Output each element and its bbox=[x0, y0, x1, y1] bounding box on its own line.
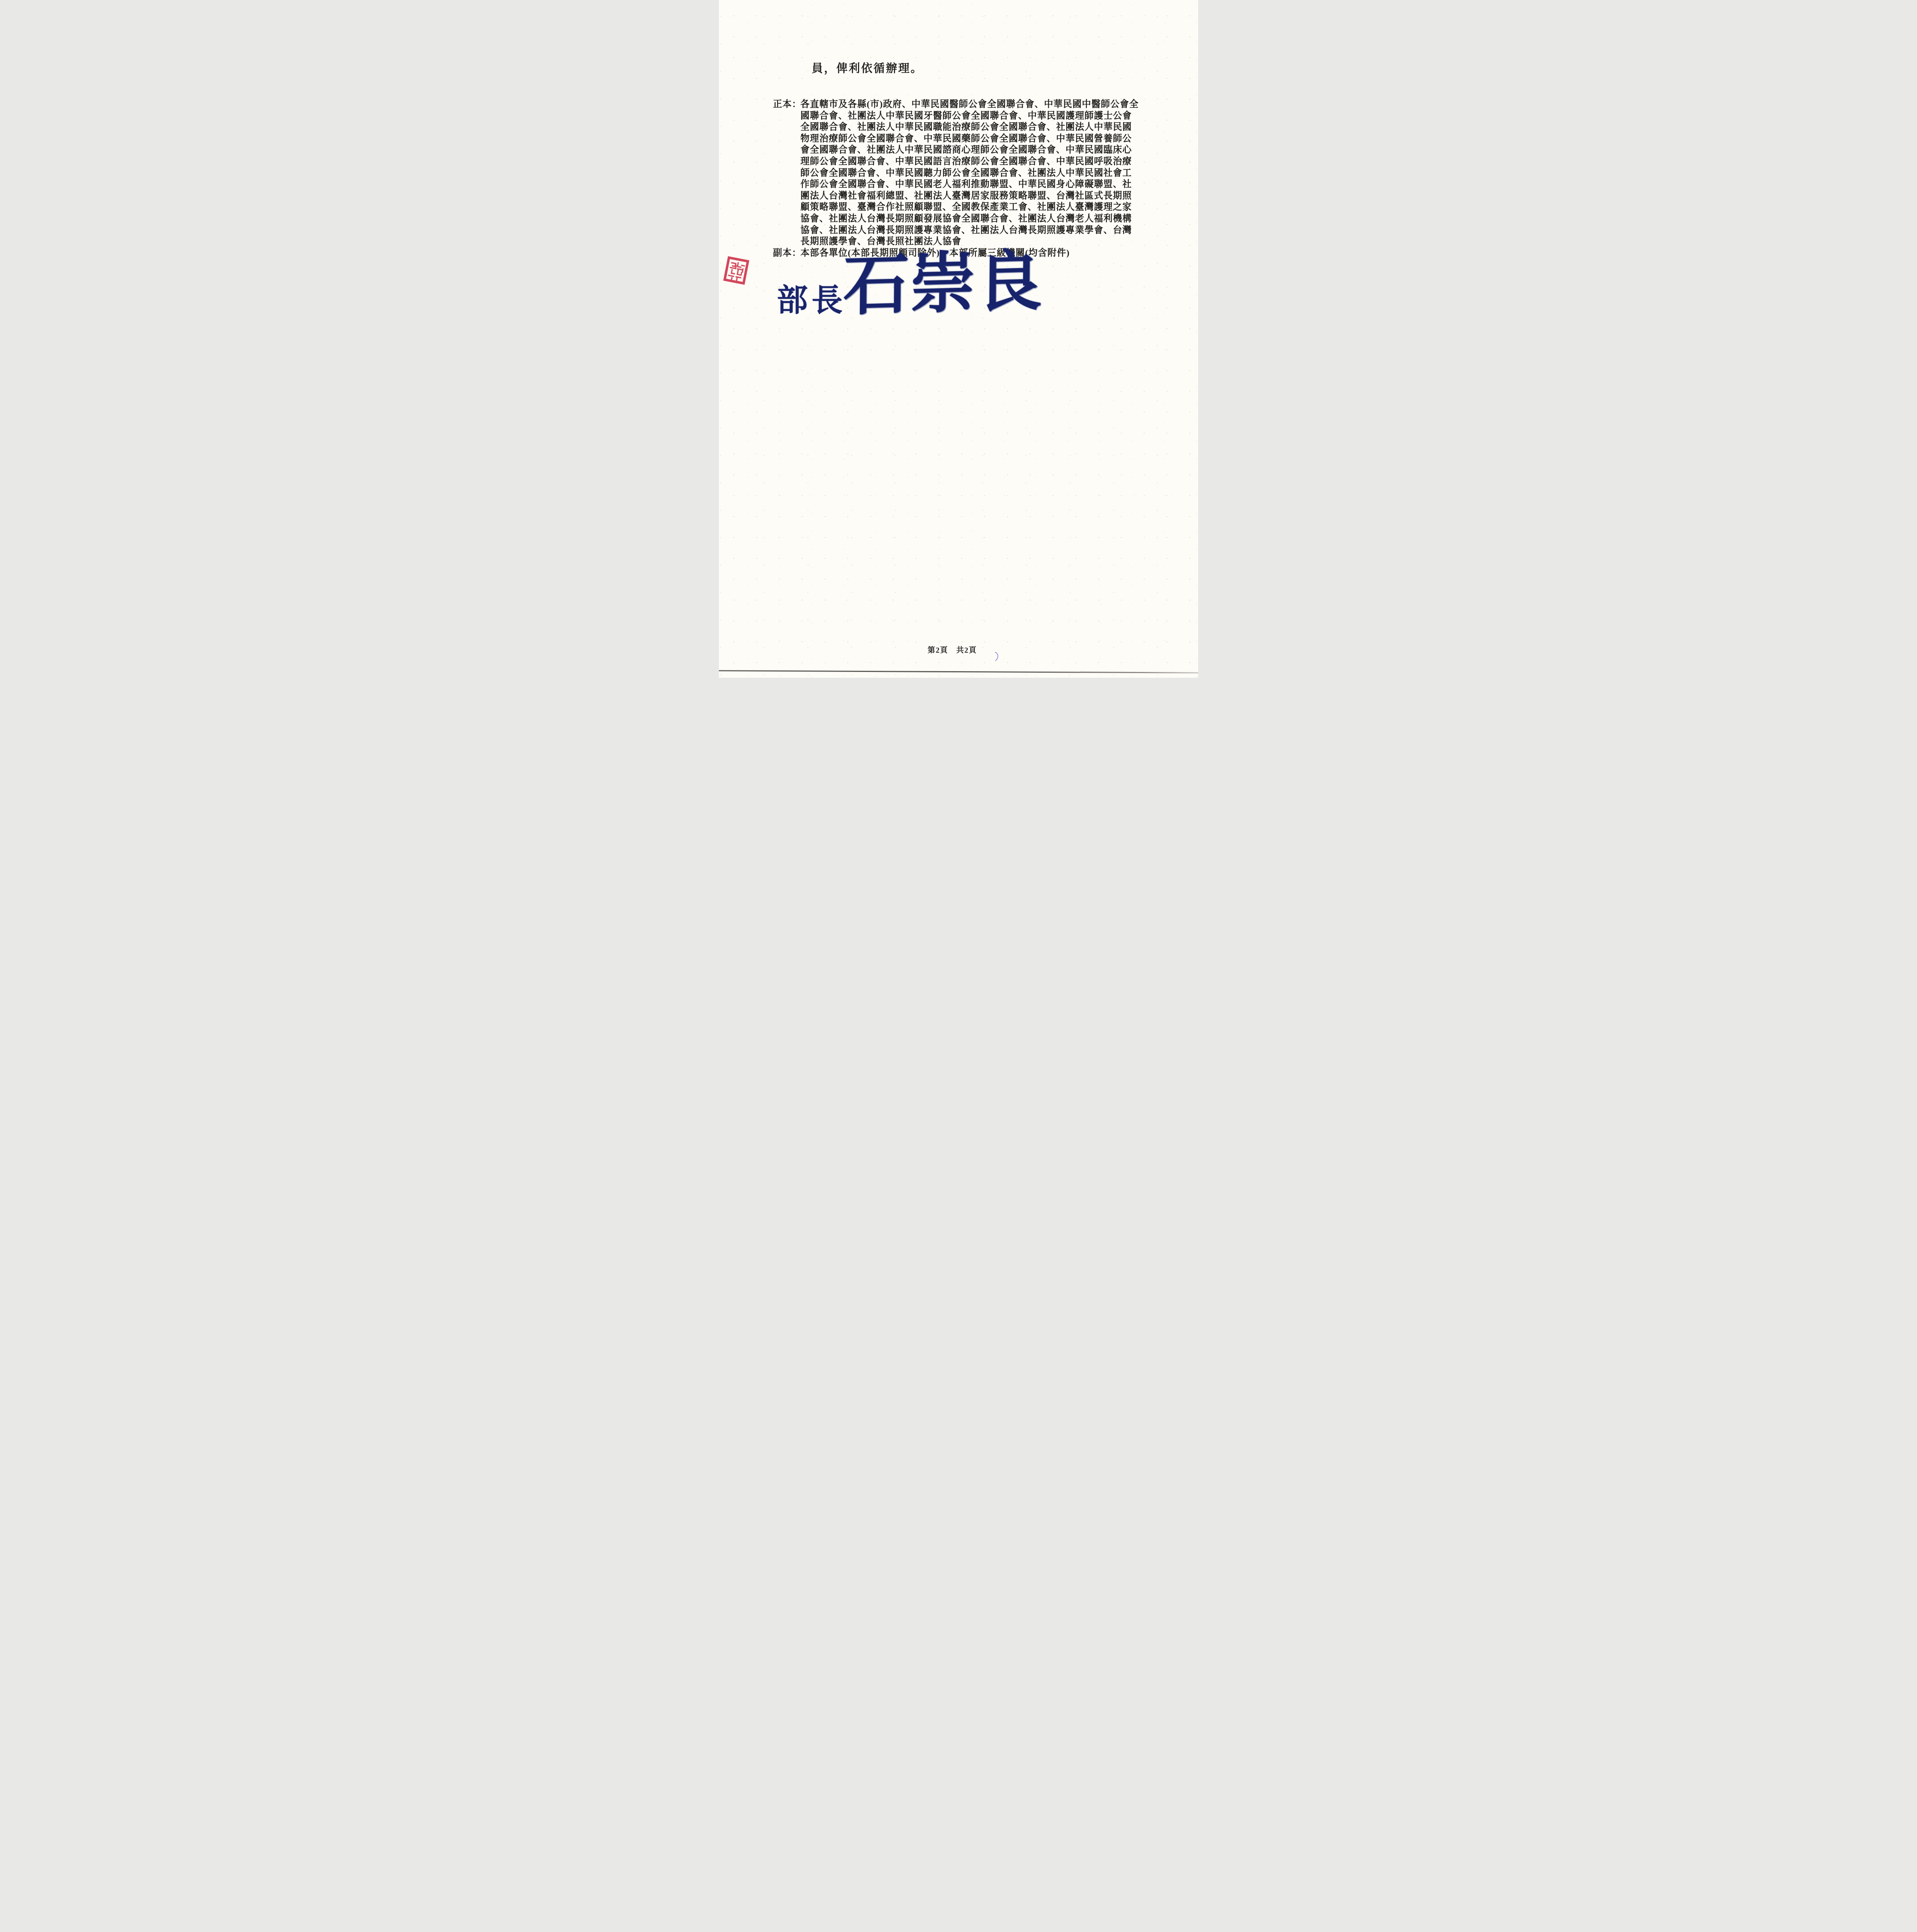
recipient-line: 協會、社團法人台灣長期照顧發展協會全國聯合會、社團法人台灣老人福利機構 bbox=[800, 213, 1144, 225]
stray-pen-mark bbox=[994, 651, 999, 662]
recipient-line: 作師公會全國聯合會、中華民國老人福利推動聯盟、中華民國身心障礙聯盟、社 bbox=[800, 179, 1144, 190]
recipient-line: 協會、社團法人台灣長期照護專業協會、社團法人台灣長期照護專業學會、台灣 bbox=[800, 225, 1144, 236]
original-recipients-label: 正本： bbox=[773, 99, 800, 111]
original-recipients-row: 正本： 各直轄市及各縣(市)政府、中華民國醫師公會全國聯合會、中華民國中醫師公會… bbox=[773, 99, 1144, 248]
scanned-letter-page: 員，俾利依循辦理。 正本： 各直轄市及各縣(市)政府、中華民國醫師公會全國聯合會… bbox=[719, 0, 1198, 678]
minister-signature: 石崇良 bbox=[843, 244, 1043, 325]
carbon-copy-label: 副本： bbox=[773, 248, 800, 259]
recipient-line: 各直轄市及各縣(市)政府、中華民國醫師公會全國聯合會、中華民國中醫師公會全 bbox=[800, 99, 1144, 111]
page-indicator: 第2頁 共2頁 bbox=[928, 644, 977, 655]
distribution-list: 正本： 各直轄市及各縣(市)政府、中華民國醫師公會全國聯合會、中華民國中醫師公會… bbox=[773, 99, 1144, 259]
opening-continuation-line: 員，俾利依循辦理。 bbox=[812, 60, 923, 76]
minister-title: 部長 bbox=[777, 275, 846, 320]
original-recipients-lines: 各直轄市及各縣(市)政府、中華民國醫師公會全國聯合會、中華民國中醫師公會全 國聯… bbox=[800, 99, 1144, 248]
red-seal-stamp bbox=[723, 255, 750, 286]
recipient-line: 物理治療師公會全國聯合會、中華民國藥師公會全國聯合會、中華民國營養師公 bbox=[800, 133, 1144, 145]
recipient-line: 團法人台灣社會福利總盟、社團法人臺灣居家服務策略聯盟、台灣社區式長期照 bbox=[800, 190, 1144, 202]
recipient-line: 顧策略聯盟、臺灣合作社照顧聯盟、全國教保產業工會、社團法人臺灣護理之家 bbox=[800, 202, 1144, 213]
recipient-line: 會全國聯合會、社團法人中華民國諮商心理師公會全國聯合會、中華民國臨床心 bbox=[800, 145, 1144, 156]
recipient-line: 全國聯合會、社團法人中華民國職能治療師公會全國聯合會、社團法人中華民國 bbox=[800, 122, 1144, 133]
recipient-line: 國聯合會、社團法人中華民國牙醫師公會全國聯合會、中華民國護理師護士公會 bbox=[800, 111, 1144, 122]
recipient-line: 師公會全國聯合會、中華民國聽力師公會全國聯合會、社團法人中華民國社會工 bbox=[800, 168, 1144, 179]
recipient-line: 理師公會全國聯合會、中華民國語言治療師公會全國聯合會、中華民國呼吸治療 bbox=[800, 156, 1144, 168]
scan-bottom-edge bbox=[719, 670, 1198, 673]
